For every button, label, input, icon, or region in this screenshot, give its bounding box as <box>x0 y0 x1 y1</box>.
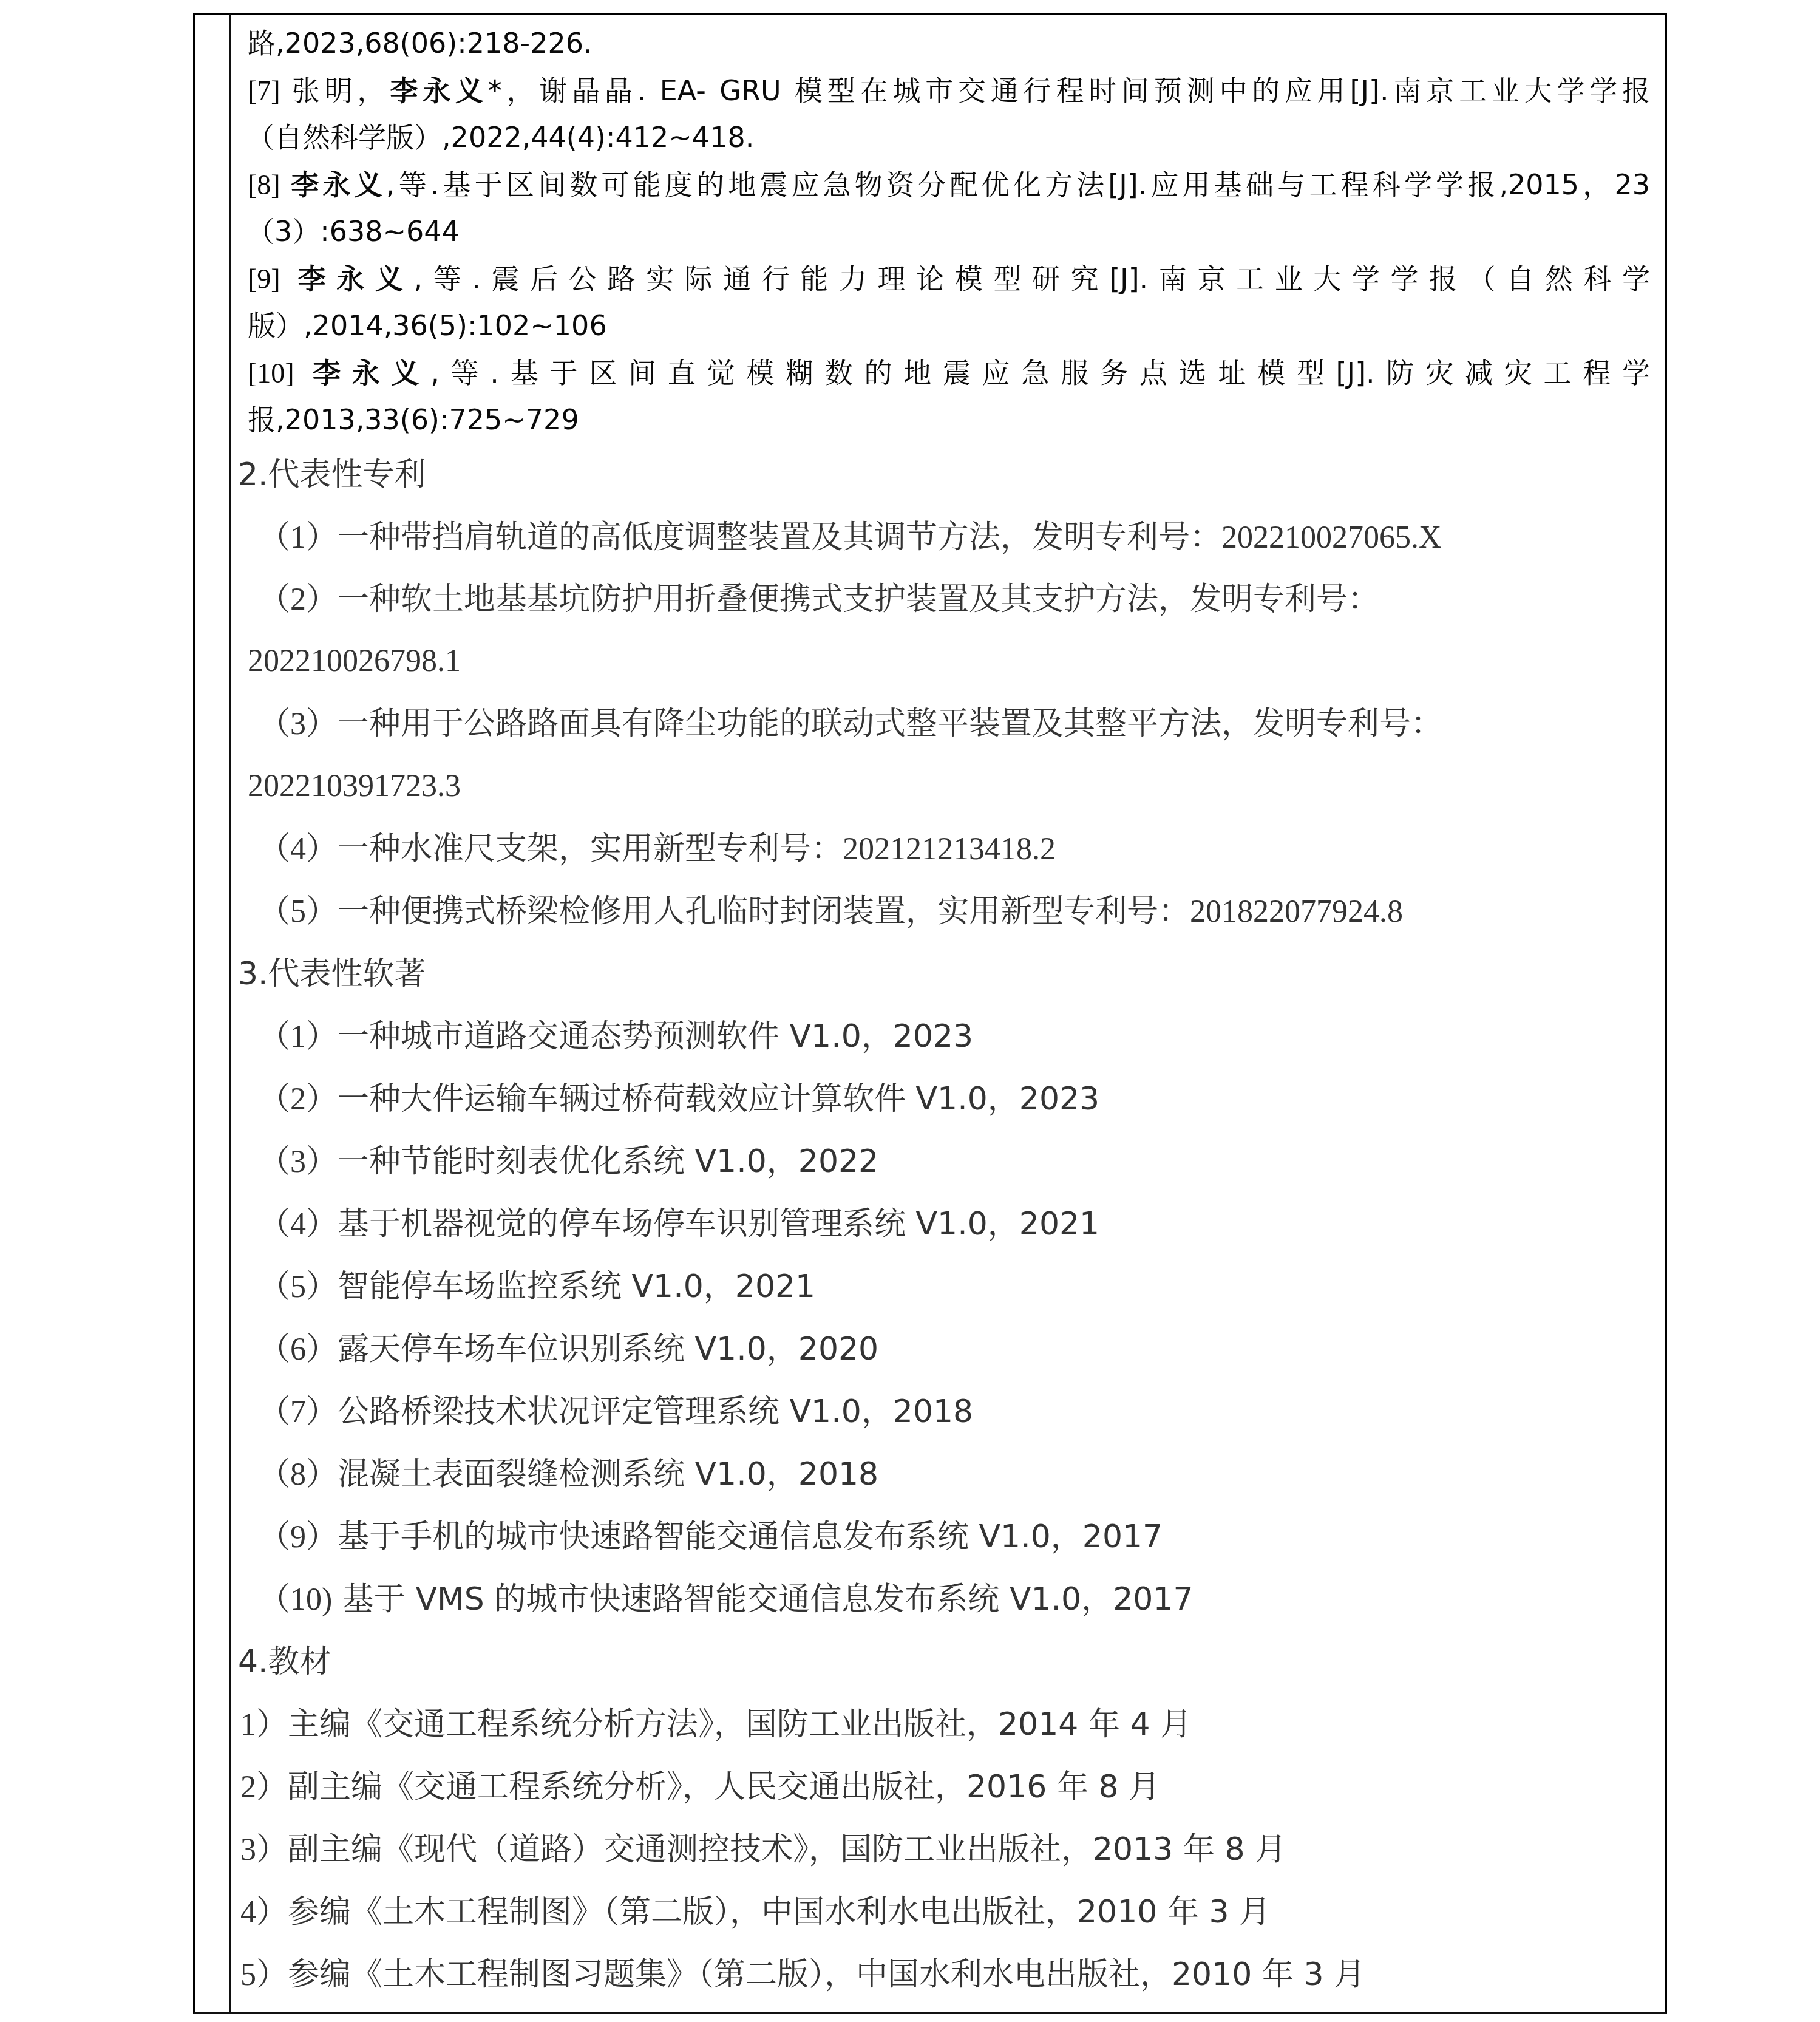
author-highlight: 李永义 <box>298 262 414 295</box>
software-item: （4）基于机器视觉的停车场停车识别管理系统 V1.0，2021 <box>259 1193 1099 1256</box>
reference-line: 路,2023,68(06):218-226. <box>248 19 1650 67</box>
reference-number: [10] <box>248 358 313 389</box>
patent-number: 202210027065.X <box>1221 520 1442 555</box>
reference-8: [8] 李永义,等.基于区间数可能度的地震应急物资分配优化方法[J].应用基础与… <box>248 161 1650 208</box>
textbook-item: 5）参编《土木工程制图习题集》（第二版），中国水利水电出版社，2010 年 3 … <box>240 1943 1365 2006</box>
software-item: （9）基于手机的城市快速路智能交通信息发布系统 V1.0，2017 <box>259 1505 1163 1568</box>
patent-number: 201822077924.8 <box>1190 894 1403 929</box>
software-item: （10) 基于 VMS 的城市快速路智能交通信息发布系统 V1.0，2017 <box>259 1568 1194 1631</box>
reference-9: [9] 李永义,等.震后公路实际通行能力理论模型研究[J].南京工业大学学报（自… <box>248 255 1650 302</box>
section-heading-patents: 2.代表性专利 <box>238 443 426 506</box>
patent-number: 202210026798.1 <box>248 630 461 693</box>
patent-item: （4）一种水准尺支架，实用新型专利号：202121213418.2 <box>259 817 1056 880</box>
reference-line: 版）,2014,36(5):102~106 <box>248 302 1650 349</box>
column-divider <box>229 14 231 2014</box>
reference-line: （3）:638~644 <box>246 208 1649 255</box>
textbook-item: 2）副主编《交通工程系统分析》，人民交通出版社，2016 年 8 月 <box>240 1755 1160 1819</box>
reference-line: （自然科学版）,2022,44(4):412~418. <box>246 114 1649 161</box>
software-item: （2）一种大件运输车辆过桥荷载效应计算软件 V1.0，2023 <box>259 1067 1099 1131</box>
author-highlight: 李永义 <box>291 168 386 201</box>
patent-number: 202121213418.2 <box>843 832 1056 866</box>
reference-number: [9] <box>248 264 298 294</box>
textbook-item: 3）副主编《现代（道路）交通测控技术》，国防工业出版社，2013 年 8 月 <box>240 1818 1286 1881</box>
software-item: （6）露天停车场车位识别系统 V1.0，2020 <box>259 1318 878 1381</box>
patent-item: （1）一种带挡肩轨道的高低度调整装置及其调节方法，发明专利号：202210027… <box>259 506 1442 569</box>
author-highlight: 李永义 <box>390 74 487 107</box>
software-item: （8）混凝土表面裂缝检测系统 V1.0，2018 <box>259 1443 878 1506</box>
software-item: （1）一种城市道路交通态势预测软件 V1.0，2023 <box>259 1005 973 1068</box>
reference-7: [7] 张明，李永义*，谢晶晶. EA- GRU 模型在城市交通行程时间预测中的… <box>248 67 1650 114</box>
patent-number: 202210391723.3 <box>248 755 461 818</box>
section-heading-software: 3.代表性软著 <box>238 942 426 1006</box>
software-item: （5）智能停车场监控系统 V1.0，2021 <box>259 1255 815 1318</box>
textbook-item: 1）主编《交通工程系统分析方法》，国防工业出版社，2014 年 4 月 <box>240 1693 1192 1756</box>
reference-number: [7] <box>248 75 292 106</box>
reference-number: [8] <box>248 169 291 200</box>
author-highlight: 李永义 <box>313 356 430 389</box>
software-item: （3）一种节能时刻表优化系统 V1.0，2022 <box>259 1130 878 1193</box>
section-heading-textbooks: 4.教材 <box>238 1630 331 1694</box>
reference-line: 报,2013,33(6):725~729 <box>248 396 1650 443</box>
patent-item: （3）一种用于公路路面具有降尘功能的联动式整平装置及其整平方法，发明专利号： <box>259 692 1442 755</box>
reference-10: [10] 李永义,等.基于区间直觉模糊数的地震应急服务点选址模型[J].防灾减灾… <box>248 349 1650 397</box>
patent-item: （2）一种软土地基基坑防护用折叠便携式支护装置及其支护方法，发明专利号： <box>259 568 1379 631</box>
patent-item: （5）一种便携式桥梁检修用人孔临时封闭装置，实用新型专利号：2018220779… <box>259 880 1403 943</box>
textbook-item: 4）参编《土木工程制图》（第二版），中国水利水电出版社，2010 年 3 月 <box>240 1881 1271 1944</box>
software-item: （7）公路桥梁技术状况评定管理系统 V1.0，2018 <box>259 1380 973 1443</box>
